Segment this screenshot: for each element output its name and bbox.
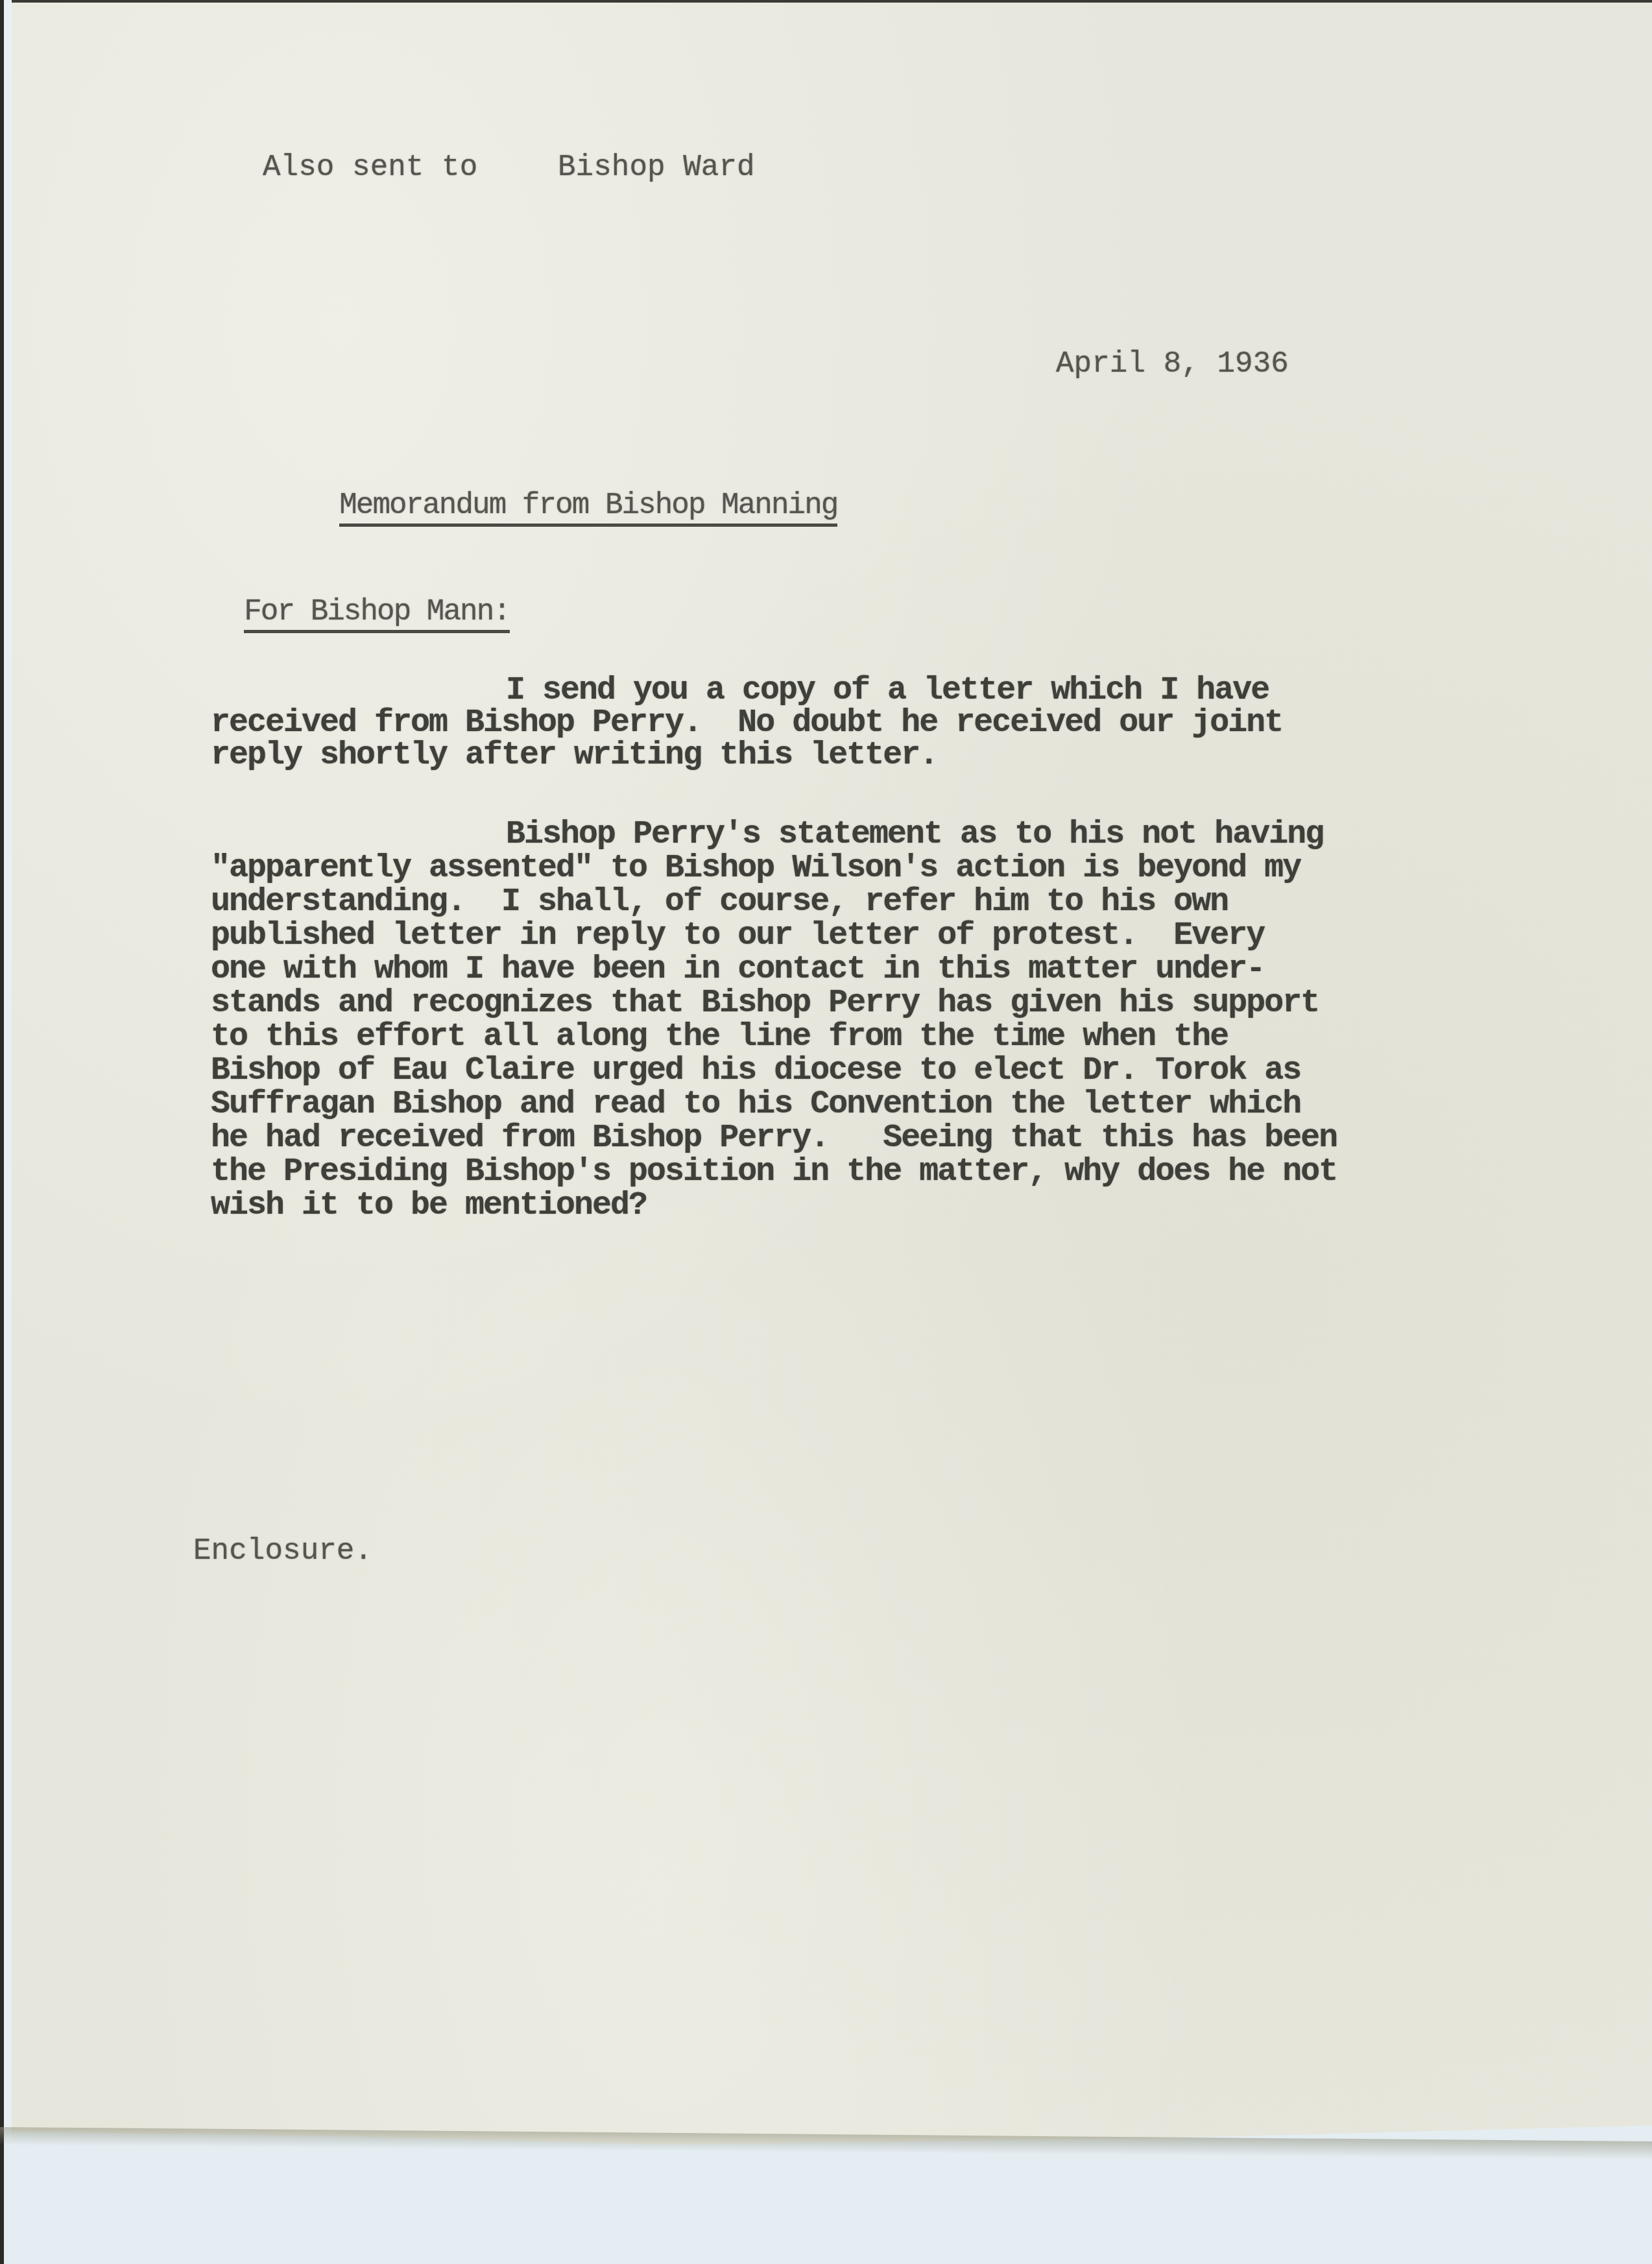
- cc-label: Also sent to: [263, 151, 477, 184]
- paragraph-line: understanding. I shall, of course, refer…: [211, 886, 1228, 919]
- paragraph-line: published letter in reply to our letter …: [211, 920, 1264, 952]
- paragraph-line: Suffragan Bishop and read to his Convent…: [211, 1089, 1300, 1121]
- paragraph-line: to this effort all along the line from t…: [211, 1021, 1228, 1054]
- paragraph-line: Bishop Perry's statement as to his not h…: [506, 819, 1323, 851]
- paragraph-line: one with whom I have been in contact in …: [211, 954, 1264, 986]
- scan-edge-top: [0, 0, 1652, 3]
- paragraph-line: stands and recognizes that Bishop Perry …: [211, 987, 1319, 1020]
- memo-title-text: Memorandum from Bishop Manning: [339, 488, 837, 527]
- scan-margin-strip: [4, 0, 12, 2141]
- paragraph-line: received from Bishop Perry. No doubt he …: [211, 707, 1282, 740]
- paragraph-line: he had received from Bishop Perry. Seein…: [211, 1122, 1337, 1155]
- paragraph-line: I send you a copy of a letter which I ha…: [506, 675, 1269, 707]
- salutation: For Bishop Mann:: [211, 563, 510, 628]
- document-date: April 8, 1936: [1056, 348, 1289, 380]
- salutation-text: For Bishop Mann:: [244, 595, 510, 633]
- paragraph-line: the Presiding Bishop's position in the m…: [211, 1156, 1337, 1188]
- paragraph-line: "apparently assented" to Bishop Wilson's…: [211, 852, 1300, 885]
- paragraph-line: wish it to be mentioned?: [211, 1190, 647, 1222]
- paragraph-line: reply shortly after writing this letter.: [211, 740, 937, 772]
- cc-recipient: Bishop Ward: [558, 151, 755, 184]
- memo-title: Memorandum from Bishop Manning: [306, 457, 837, 522]
- enclosure-note: Enclosure.: [193, 1535, 372, 1567]
- paragraph-line: Bishop of Eau Claire urged his diocese t…: [211, 1055, 1300, 1087]
